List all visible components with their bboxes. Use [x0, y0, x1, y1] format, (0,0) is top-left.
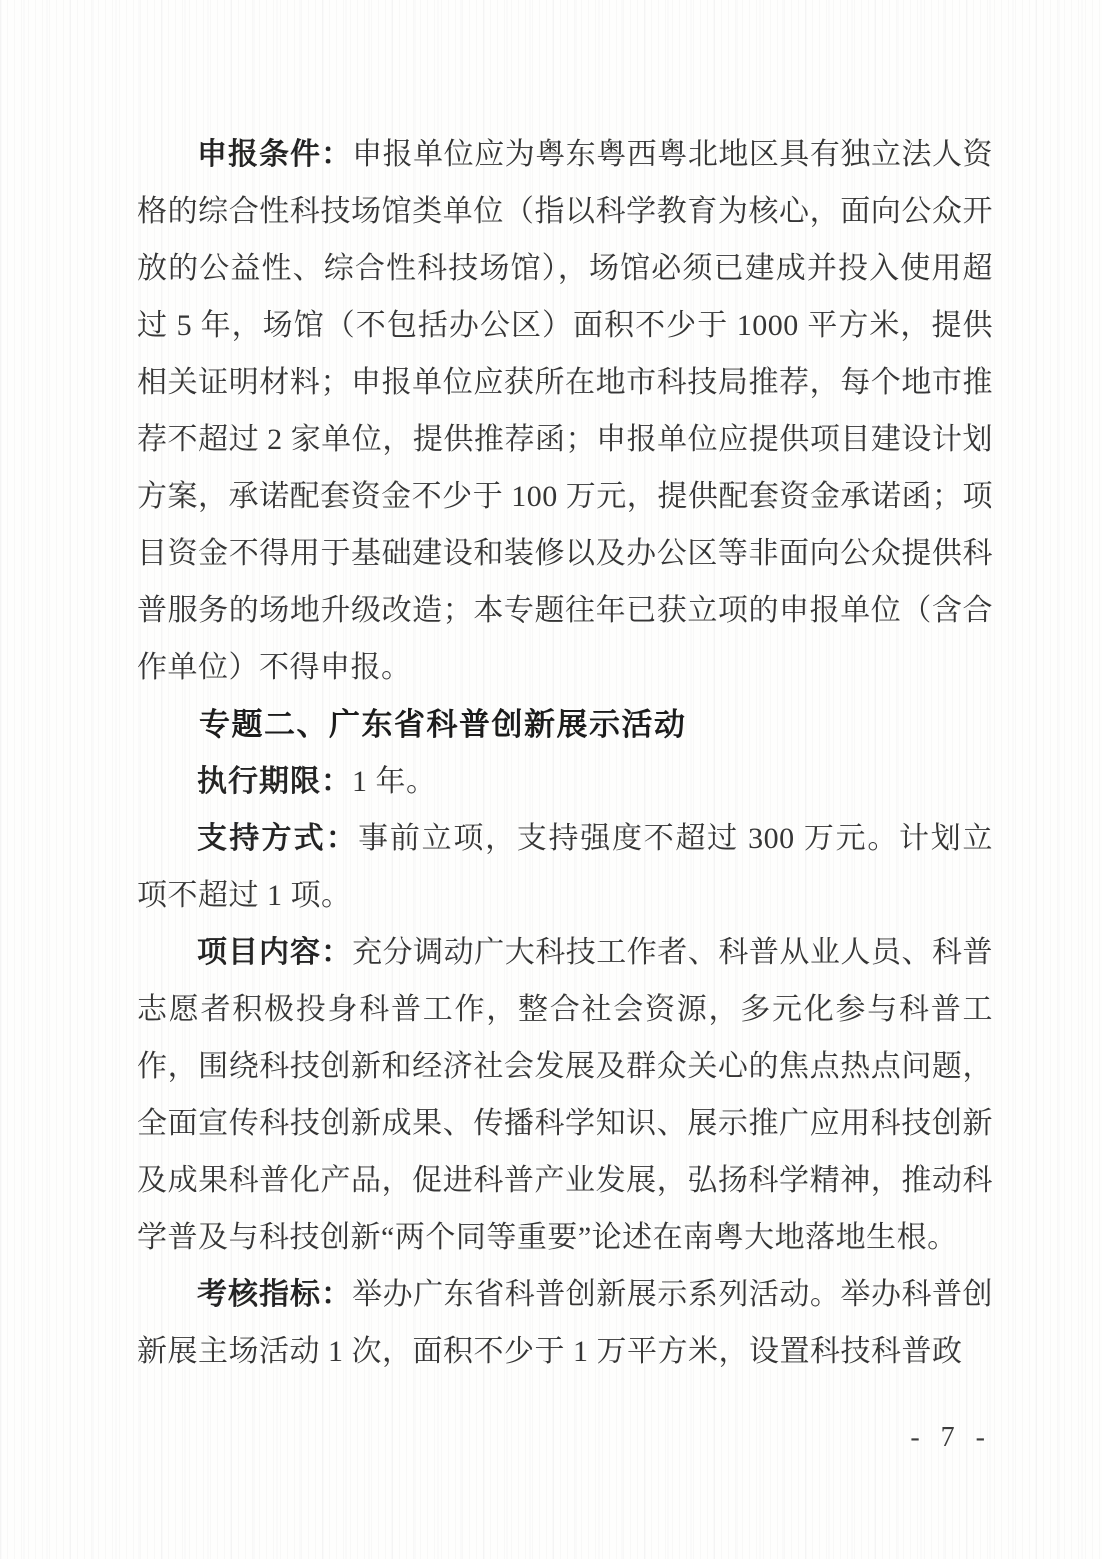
page-number: - 7 -: [910, 1418, 992, 1458]
paragraph-execution-period: 执行期限：1 年。: [137, 753, 993, 810]
document-body: 申报条件：申报单位应为粤东粤西粤北地区具有独立法人资格的综合性科技场馆类单位（指…: [137, 126, 993, 1380]
label-execution-period: 执行期限：: [197, 765, 352, 798]
label-support-method: 支持方式：: [197, 822, 358, 855]
paragraph-project-content: 项目内容：充分调动广大科技工作者、科普从业人员、科普志愿者积极投身科普工作，整合…: [137, 924, 993, 1266]
label-application-conditions: 申报条件：: [197, 138, 352, 171]
document-page: 申报条件：申报单位应为粤东粤西粤北地区具有独立法人资格的综合性科技场馆类单位（指…: [0, 0, 1102, 1559]
label-assessment-indicators: 考核指标：: [197, 1278, 352, 1311]
paragraph-support-method: 支持方式：事前立项，支持强度不超过 300 万元。计划立项不超过 1 项。: [137, 810, 993, 924]
label-project-content: 项目内容：: [197, 936, 352, 969]
text-application-conditions: 申报单位应为粤东粤西粤北地区具有独立法人资格的综合性科技场馆类单位（指以科学教育…: [137, 138, 993, 684]
paragraph-assessment-indicators: 考核指标：举办广东省科普创新展示系列活动。举办科普创新展主场活动 1 次，面积不…: [137, 1266, 993, 1380]
text-execution-period: 1 年。: [352, 765, 437, 798]
paragraph-application-conditions: 申报条件：申报单位应为粤东粤西粤北地区具有独立法人资格的综合性科技场馆类单位（指…: [137, 126, 993, 696]
section-heading-topic2: 专题二、广东省科普创新展示活动: [137, 696, 993, 753]
text-project-content: 充分调动广大科技工作者、科普从业人员、科普志愿者积极投身科普工作，整合社会资源，…: [137, 936, 993, 1254]
